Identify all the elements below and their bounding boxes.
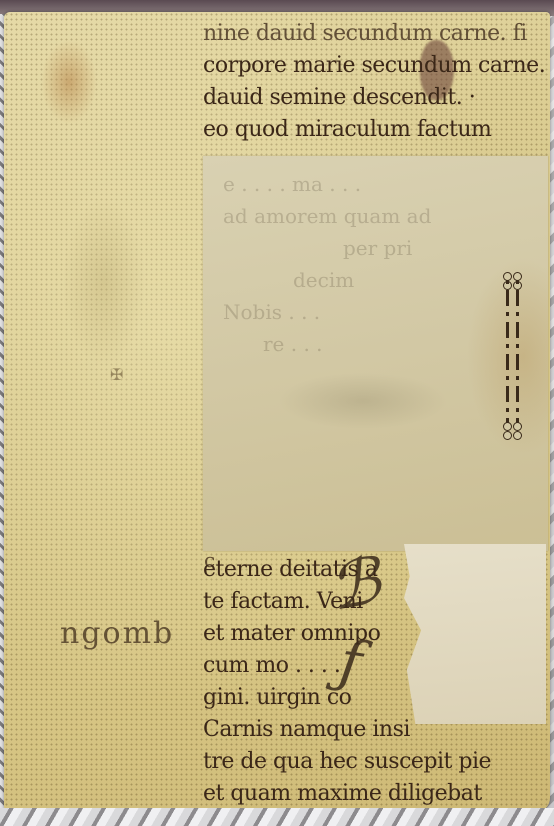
faint-margin-mark: ✠ [110,365,123,384]
ghost-line: re . . . [223,328,533,360]
text-line: et quam maxime diligebat [203,778,548,810]
bottom-metal-edge [0,808,554,826]
text-line: dauid semine descendit. · [203,82,548,114]
ghost-line: e . . . . ma . . . [223,168,533,200]
ghost-line: decim [223,264,533,296]
ghost-line: ad amorem quam ad [223,200,533,232]
text-line: corpore marie secundum carne. ( [203,50,548,82]
text-line: eo quod miraculum factum [203,114,548,146]
ornament-knot [513,422,522,431]
ornament-knot [513,431,522,440]
paper-repair-patch: e . . . . ma . . . ad amorem quam ad per… [203,156,548,551]
torn-paper-patch [404,544,546,724]
show-through-text: e . . . . ma . . . ad amorem quam ad per… [223,168,533,360]
text-line: nine dauid secundum carne. fi [203,18,548,50]
ghost-line: per pri [223,232,533,264]
ornament-knot [503,422,512,431]
text-line: tre de qua hec suscepit pie [203,746,548,778]
printed-border-ornament [503,272,525,442]
ornament-chain [506,280,509,430]
ghost-line: Nobis . . . [223,296,533,328]
manuscript-text-top: nine dauid secundum carne. fi corpore ma… [203,18,548,146]
ornament-chain [516,280,519,430]
ornament-knot [503,431,512,440]
side-inscription: ngomb [60,616,174,651]
